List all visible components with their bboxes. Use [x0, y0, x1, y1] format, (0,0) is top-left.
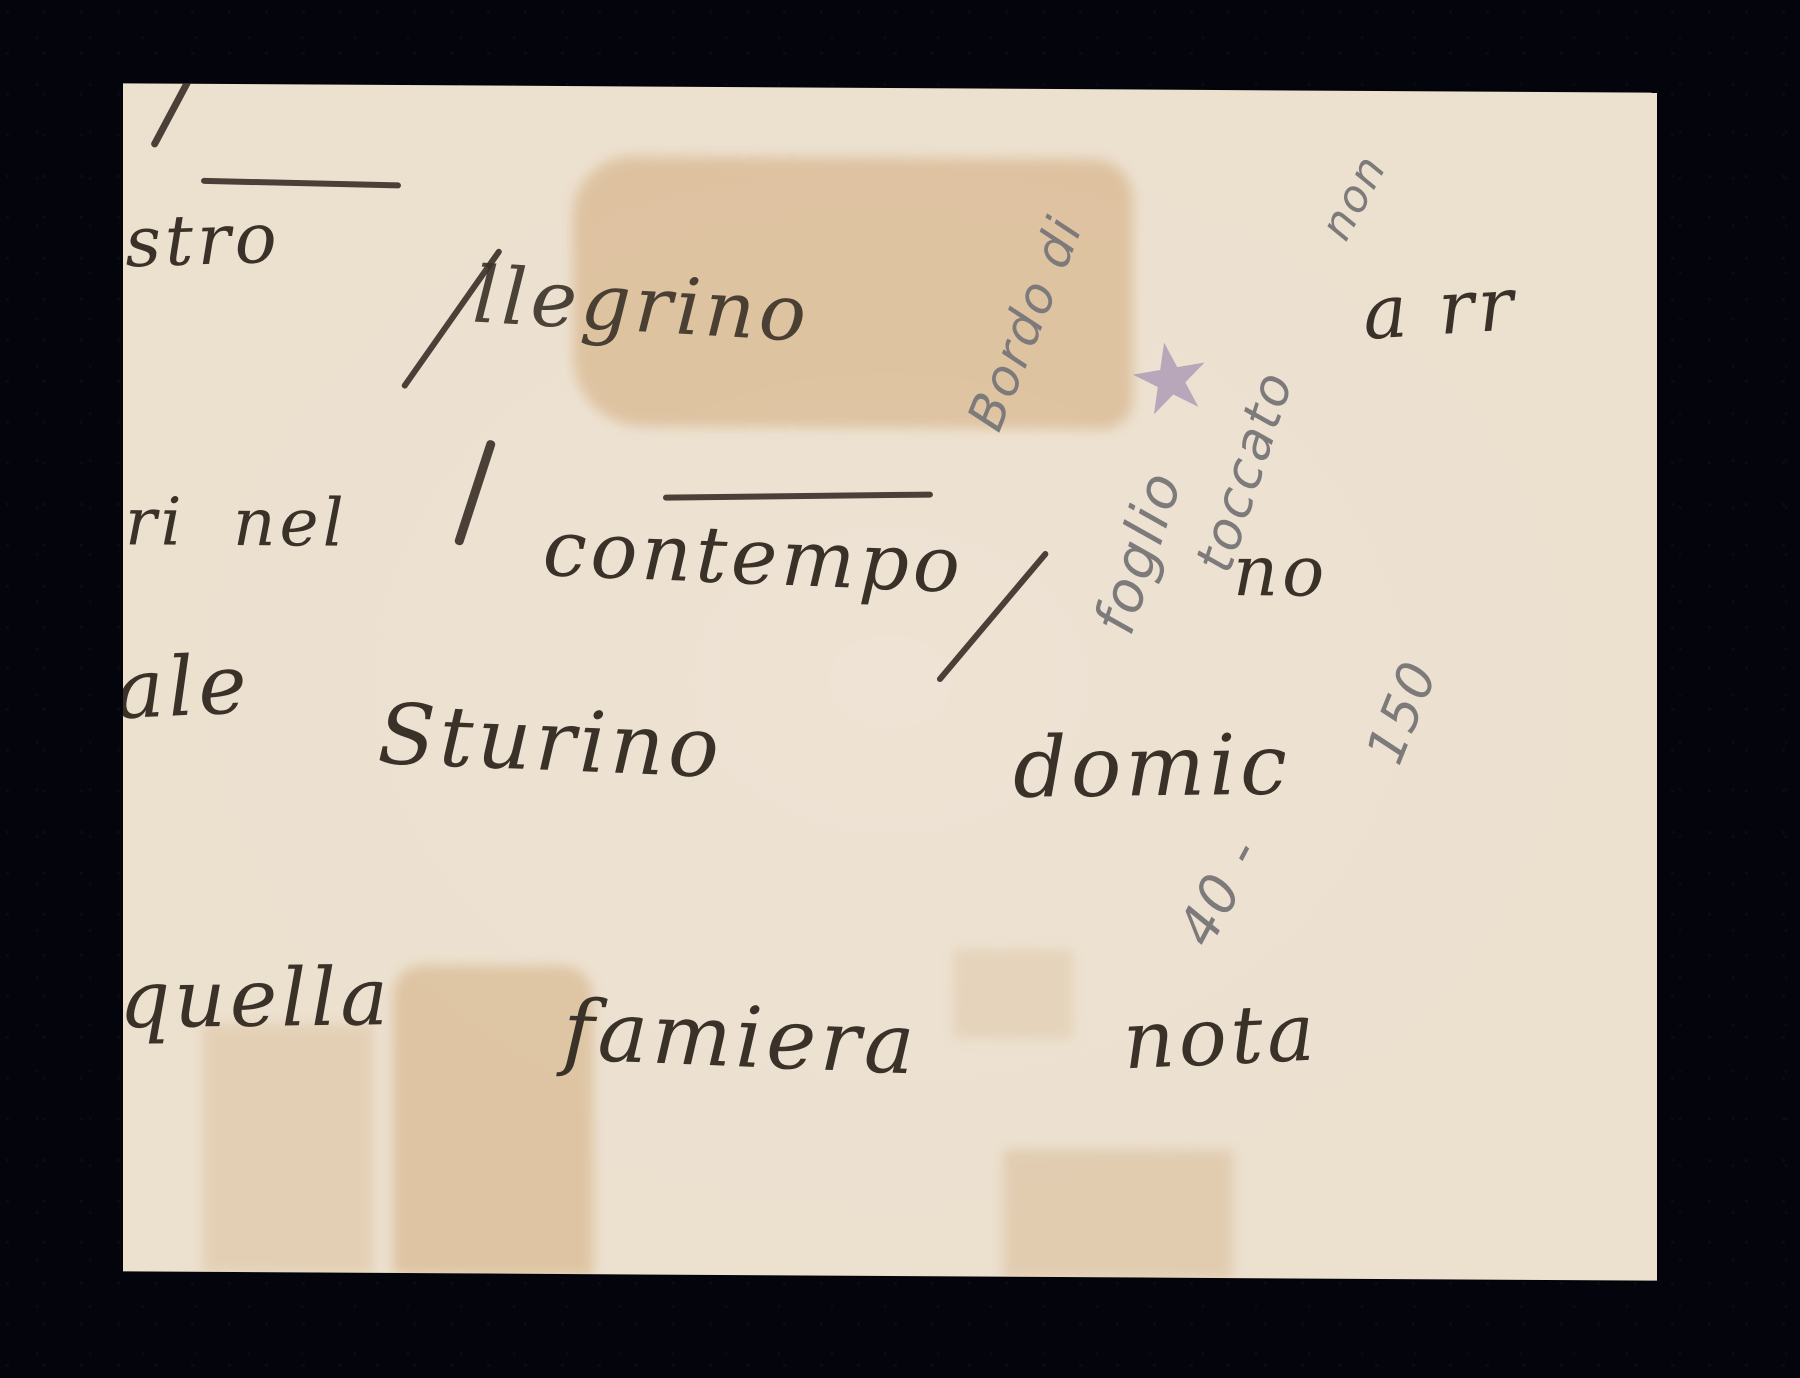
- ink-line-1-arr: a rr: [1360, 261, 1520, 357]
- paper-fragment: stro llegrino a rr ri nel contempo no al…: [123, 83, 1657, 1280]
- ink-line-4-nota: nota: [1121, 985, 1321, 1087]
- ink-line-3-domic: domic: [1012, 716, 1292, 817]
- ink-line-2-ri: ri: [125, 483, 186, 560]
- pencil-note-foglio: foglio: [1082, 463, 1195, 642]
- ink-line-4-quella: quella: [123, 950, 393, 1046]
- pencil-note-40: 40 -: [1165, 827, 1274, 957]
- ink-line-2-contempo: contempo: [541, 504, 965, 611]
- pencil-note-150: 150: [1355, 652, 1450, 772]
- ink-line-1-stro: stro: [124, 197, 282, 283]
- stain-bottom-middle: [1003, 1149, 1233, 1280]
- ink-line-4-famiera: famiera: [561, 981, 920, 1094]
- ink-line-2-nel: nel: [233, 484, 348, 562]
- stain-bottom-middle-faint: [953, 948, 1073, 1039]
- pencil-note-non: non: [1310, 146, 1397, 248]
- ink-line-3-sturino: Sturino: [376, 685, 724, 797]
- ink-l-stroke: [454, 439, 497, 546]
- stain-bottom-left: [203, 1024, 373, 1275]
- ink-slash-top-left: [150, 83, 213, 148]
- ink-t-crossbar-2: [663, 492, 933, 501]
- ink-t-crossbar: [201, 178, 401, 189]
- ink-line-1-pellegrino: llegrino: [471, 251, 813, 361]
- violet-star-mark: ★: [1120, 325, 1220, 433]
- ink-line-3-ale: ale: [123, 637, 253, 738]
